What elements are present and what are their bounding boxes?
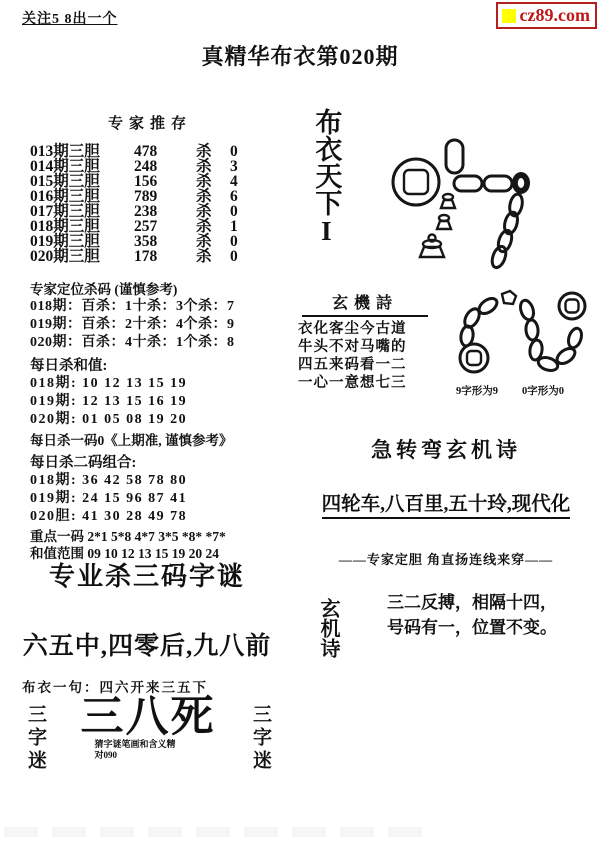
position-kill-title: 专家定位杀码 (谨慎参考) bbox=[30, 278, 270, 298]
kill-label: 杀 bbox=[196, 234, 230, 249]
small-note-2: 对090 bbox=[95, 750, 216, 761]
xuanji-poem-2: 玄机诗 三二反搏，相隔十四， 号码有一，位置不变。 bbox=[298, 590, 594, 716]
kill-cell: 0 bbox=[230, 144, 238, 159]
period-cell: 016期三胆 bbox=[30, 189, 134, 204]
lottery-tip-sheet: 关注5 8出一个 cz89.com 真精华布衣第020期 专家推存 013期三胆… bbox=[0, 0, 600, 852]
table-row: 019期三胆 358 杀 0 bbox=[30, 234, 270, 249]
daily-kill-two-row: 018期: 36 42 58 78 80 bbox=[30, 472, 270, 490]
kill-cell: 3 bbox=[230, 159, 238, 174]
figure-caption: 9字形为9 0字形为0 bbox=[456, 383, 594, 398]
kill-cell: 0 bbox=[230, 249, 238, 264]
riddle-section: 专业杀三码字谜 六五中,四零后,九八前 布衣一句：四六开来三五下 bbox=[22, 556, 272, 696]
position-kill-row: 020期：百杀：4十杀：1个杀：8 bbox=[30, 334, 270, 352]
number-cell: 358 bbox=[134, 234, 196, 249]
poem-line: 四五来码看一二 bbox=[298, 356, 432, 374]
daily-kill-one-line: 每日杀一码0《上期准, 谨慎参考》 bbox=[30, 432, 270, 449]
key-one-line: 重点一码 2*1 5*8 4*7 3*5 *8* *7* bbox=[30, 528, 270, 545]
kill-cell: 1 bbox=[230, 219, 238, 234]
table-row: 015期三胆 156 杀 4 bbox=[30, 174, 270, 189]
bead-chain-9-0-drawing-icon bbox=[444, 288, 594, 376]
site-logo-badge[interactable]: cz89.com bbox=[496, 2, 597, 29]
expert-banner: ——专家定胆 角直扬连线来穿—— bbox=[298, 549, 594, 568]
table-row: 013期三胆 478 杀 0 bbox=[30, 144, 270, 159]
kill-label: 杀 bbox=[196, 219, 230, 234]
caption-0: 0字形为0 bbox=[522, 383, 564, 398]
riddle-title: 专业杀三码字谜 bbox=[22, 556, 272, 593]
number-cell: 156 bbox=[134, 174, 196, 189]
poem-line: 一心一意想七三 bbox=[298, 374, 432, 392]
number-cell: 478 bbox=[134, 144, 196, 159]
period-cell: 014期三胆 bbox=[30, 159, 134, 174]
kill-cell: 6 bbox=[230, 189, 238, 204]
number-cell: 789 bbox=[134, 189, 196, 204]
table-row: 018期三胆 257 杀 1 bbox=[30, 219, 270, 234]
daily-kill-sum-title: 每日杀和值: bbox=[30, 354, 270, 375]
big-word: 三八死 bbox=[81, 696, 216, 739]
xuanji2-line: 号码有一，位置不变。 bbox=[387, 615, 557, 640]
site-url: cz89.com bbox=[520, 5, 590, 26]
page-title: 真精华布衣第020期 bbox=[0, 40, 600, 71]
daily-kill-two-row: 019期: 24 15 96 87 41 bbox=[30, 490, 270, 508]
table-row: 016期三胆 789 杀 6 bbox=[30, 189, 270, 204]
kill-cell: 0 bbox=[230, 234, 238, 249]
position-kill-row: 018期：百杀：1十杀：3个杀：7 bbox=[30, 298, 270, 316]
kill-cell: 0 bbox=[230, 204, 238, 219]
kill-label: 杀 bbox=[196, 159, 230, 174]
three-word-riddle: 三字迷 三八死 猜字谜笔画和含义精 对090 三字迷 bbox=[22, 696, 274, 804]
period-cell: 019期三胆 bbox=[30, 234, 134, 249]
kill-label: 杀 bbox=[196, 174, 230, 189]
expert-table-title: 专家推存 bbox=[30, 112, 270, 133]
period-cell: 013期三胆 bbox=[30, 144, 134, 159]
poem-title: 玄機詩 bbox=[302, 290, 428, 317]
kill-label: 杀 bbox=[196, 204, 230, 219]
poem-block: 玄機詩 衣化客尘今古道 牛头不对马嘴的 四五来码看一二 一心一意想七三 bbox=[298, 290, 594, 398]
side-label-right: 三字迷 bbox=[247, 704, 274, 804]
sharp-turn-title: 急转弯玄机诗 bbox=[298, 434, 594, 464]
left-column: 专家推存 013期三胆 478 杀 0 014期三胆 248 杀 3 015期三… bbox=[30, 112, 270, 562]
sharp-turn-line: 四轮车,八百里,五十玲,现代化 bbox=[322, 488, 571, 519]
kill-cell: 4 bbox=[230, 174, 238, 189]
period-cell: 017期三胆 bbox=[30, 204, 134, 219]
buyi-block: 布衣天下I bbox=[298, 108, 594, 270]
xuanji2-line: 三二反搏，相隔十四， bbox=[387, 590, 557, 615]
xuanji2-lines: 三二反搏，相隔十四， 号码有一，位置不变。 bbox=[387, 590, 557, 716]
xuanji2-title: 玄机诗 bbox=[314, 598, 343, 716]
faint-footer-artifact bbox=[4, 827, 424, 837]
riddle-note: 布衣一句：四六开来三五下 bbox=[22, 676, 272, 696]
sharp-turn-line-wrap: 四轮车,八百里,五十玲,现代化 bbox=[298, 488, 594, 519]
riddle-line: 六五中,四零后,九八前 bbox=[22, 626, 272, 662]
poem: 玄機詩 衣化客尘今古道 牛头不对马嘴的 四五来码看一二 一心一意想七三 bbox=[298, 290, 432, 398]
daily-kill-two-title: 每日杀二码组合: bbox=[30, 451, 270, 472]
bead-chain-97-drawing-icon bbox=[380, 130, 540, 270]
poem-line: 衣化客尘今古道 bbox=[298, 320, 432, 338]
caption-9: 9字形为9 bbox=[456, 383, 498, 398]
number-cell: 248 bbox=[134, 159, 196, 174]
table-row: 017期三胆 238 杀 0 bbox=[30, 204, 270, 219]
right-column: 布衣天下I bbox=[298, 108, 594, 716]
kill-label: 杀 bbox=[196, 249, 230, 264]
kill-label: 杀 bbox=[196, 189, 230, 204]
number-cell: 257 bbox=[134, 219, 196, 234]
daily-kill-two-row: 020胆: 41 30 28 49 78 bbox=[30, 508, 270, 526]
daily-kill-sum-row: 018期: 10 12 13 15 19 bbox=[30, 375, 270, 393]
poem-figure-block: 9字形为9 0字形为0 bbox=[444, 288, 594, 398]
number-cell: 178 bbox=[134, 249, 196, 264]
table-row: 014期三胆 248 杀 3 bbox=[30, 159, 270, 174]
daily-kill-sum-row: 020期: 01 05 08 19 20 bbox=[30, 411, 270, 429]
header-note: 关注5 8出一个 bbox=[22, 8, 118, 28]
buyi-title: 布衣天下I bbox=[312, 108, 340, 270]
kill-label: 杀 bbox=[196, 144, 230, 159]
big-word-block: 三八死 猜字谜笔画和含义精 对090 bbox=[81, 696, 216, 804]
yellow-square-icon bbox=[502, 9, 516, 23]
table-row: 020期三胆 178 杀 0 bbox=[30, 249, 270, 264]
daily-kill-sum-row: 019期: 12 13 15 16 19 bbox=[30, 393, 270, 411]
position-kill-row: 019期：百杀：2十杀：4个杀：9 bbox=[30, 316, 270, 334]
period-cell: 015期三胆 bbox=[30, 174, 134, 189]
side-label-left: 三字迷 bbox=[22, 704, 49, 804]
period-cell: 020期三胆 bbox=[30, 249, 134, 264]
poem-line: 牛头不对马嘴的 bbox=[298, 338, 432, 356]
number-cell: 238 bbox=[134, 204, 196, 219]
period-cell: 018期三胆 bbox=[30, 219, 134, 234]
